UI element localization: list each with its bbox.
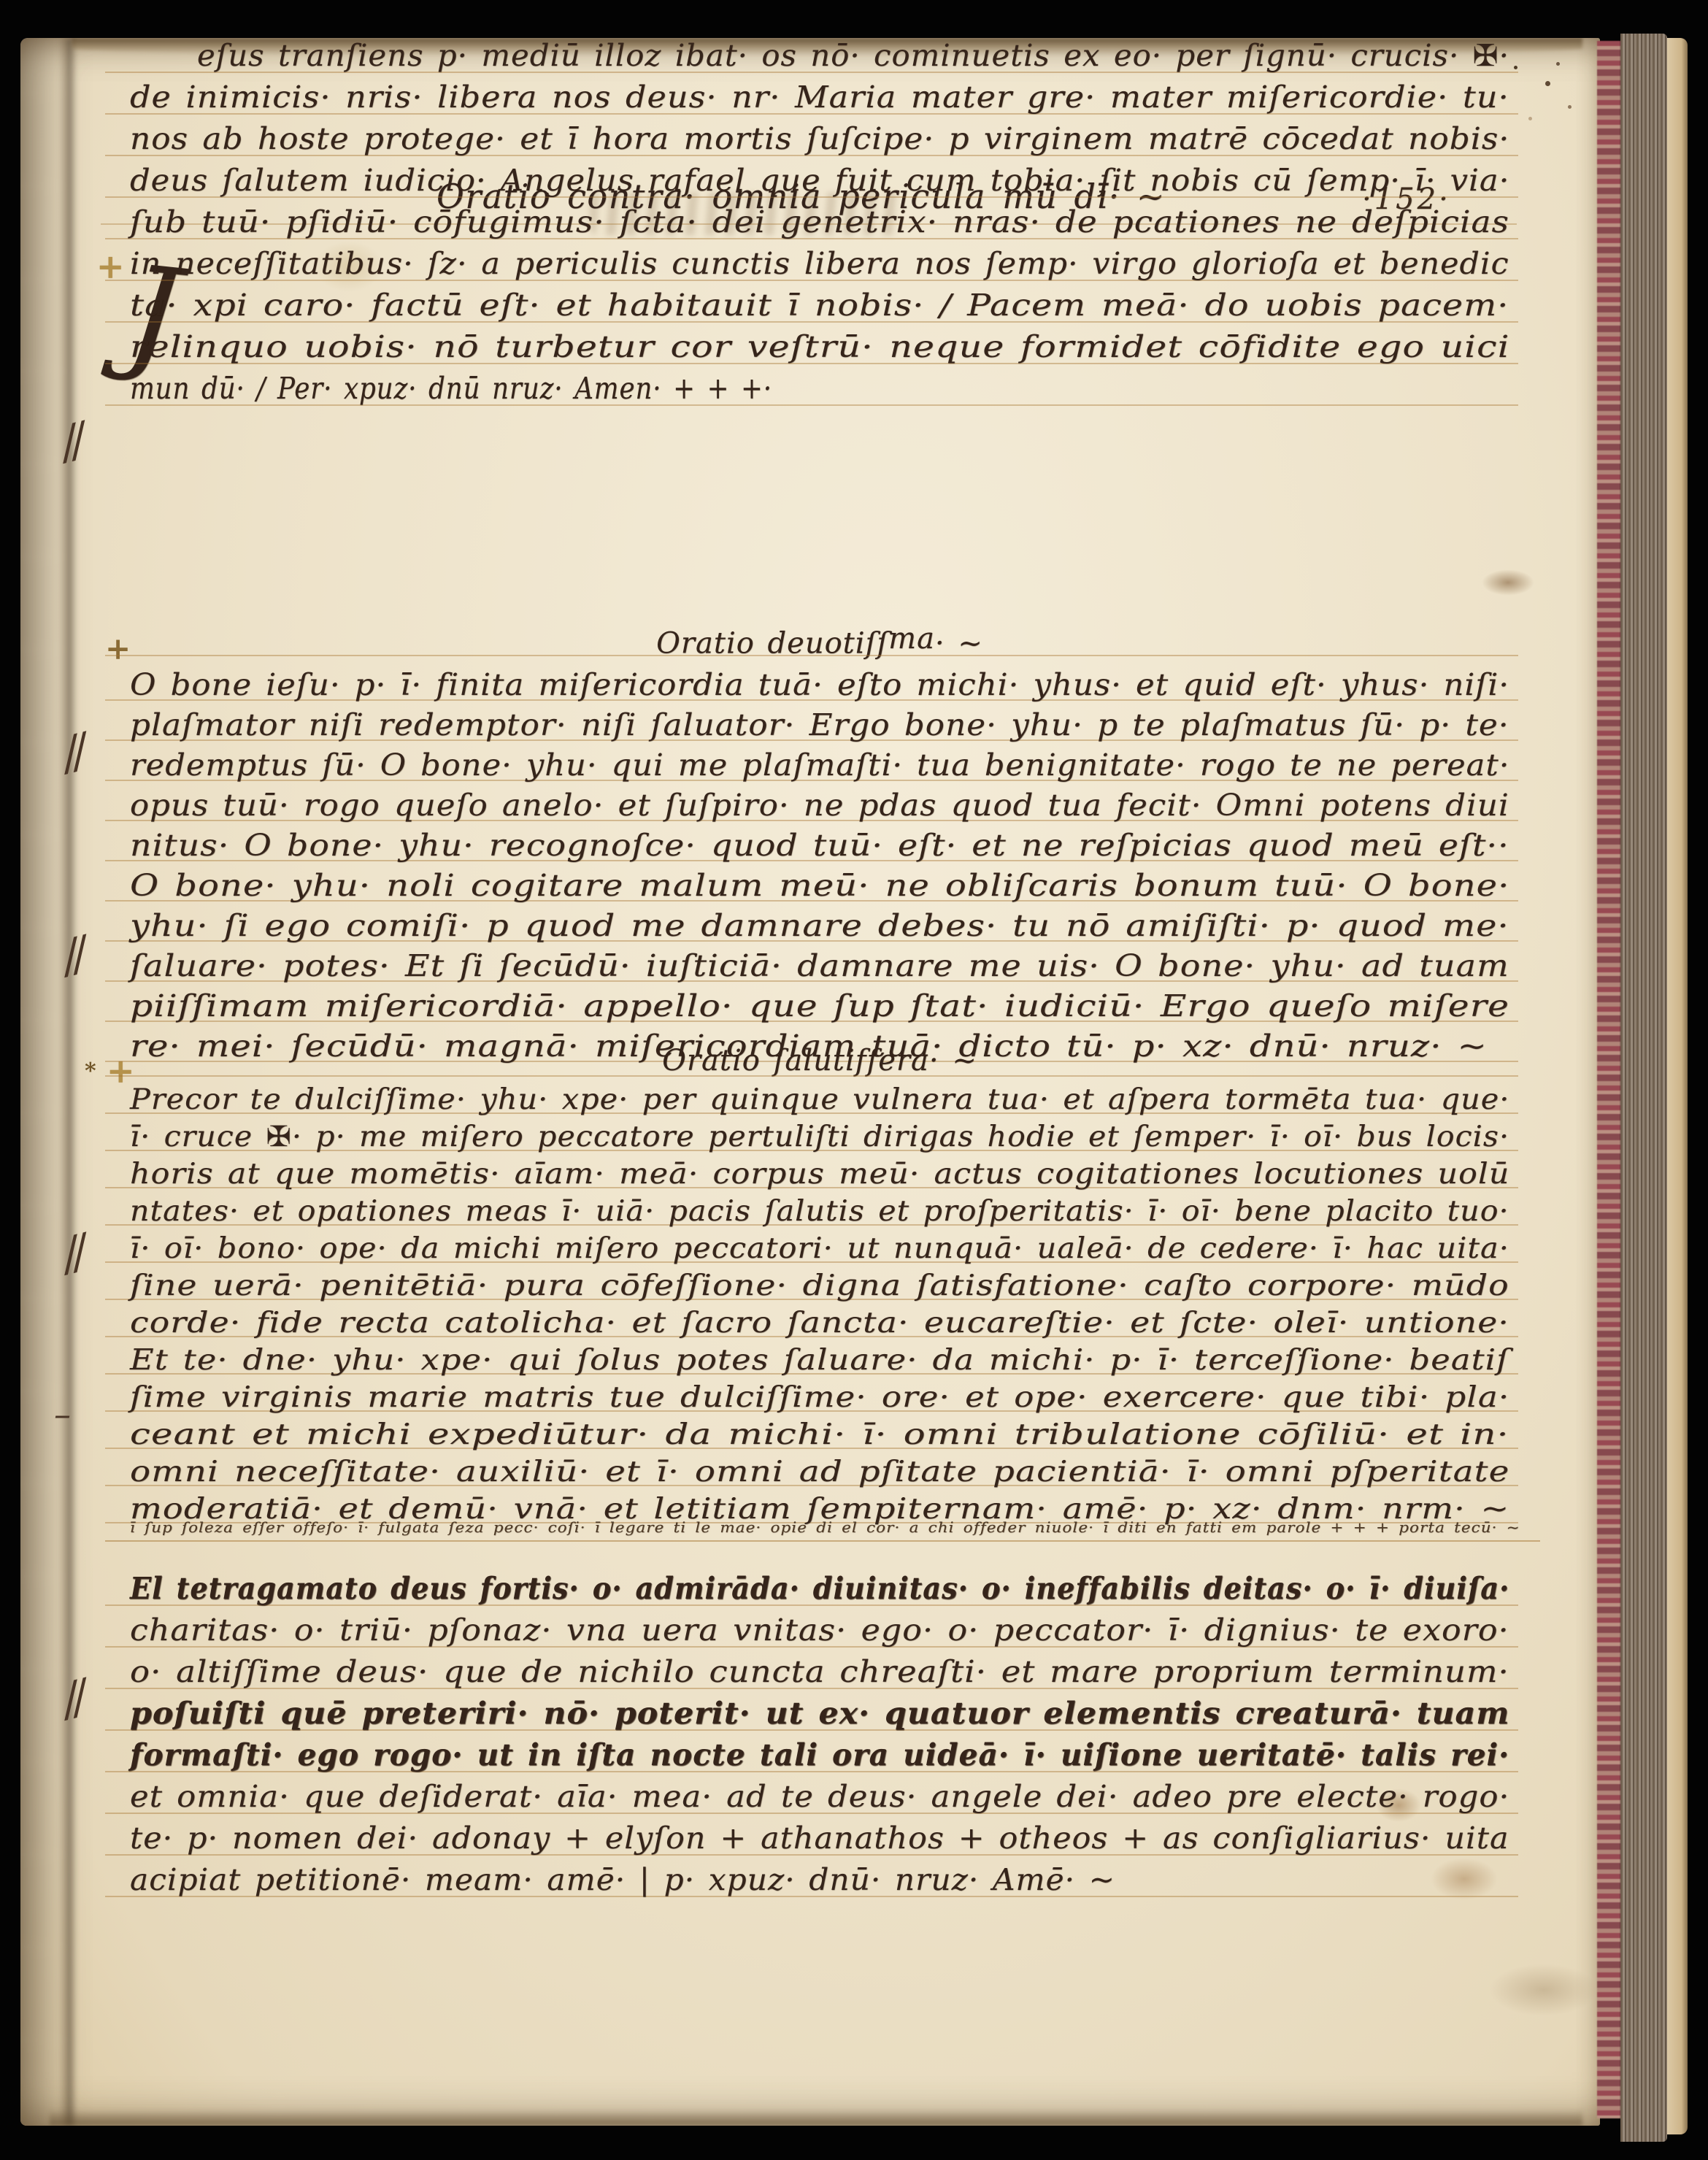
text-line: mun dū· / Per· xpuz· dnū nruz· Amen· + +… <box>130 371 1509 412</box>
manuscript-page: Oratio contra· omnia pericula mū dī· ~ ·… <box>20 38 1600 2126</box>
text-line: re· mei· ſecūdū· magnā· miſericordiam tu… <box>130 1029 1509 1069</box>
book: Oratio contra· omnia pericula mū dī· ~ ·… <box>20 34 1688 2142</box>
text-line: plaſmator niſi redemptor· niſi ſaluator·… <box>130 707 1509 747</box>
text-line: omni neceſſitate· auxiliū· et ī· omni ad… <box>130 1456 1509 1493</box>
ink-specks <box>1514 66 1517 69</box>
text-line: O bone· yhu· noli cogitare malum meū· ne… <box>130 868 1509 908</box>
text-line: horis at que momētis· aīam· meā· corpus … <box>130 1158 1509 1195</box>
text-line: deus ſalutem iudicio· Angelus rafael que… <box>130 163 1509 204</box>
underlying-page-edge <box>1667 38 1688 2134</box>
section-heading-devotissima: Oratio deuotiſſma· ~ <box>130 622 1509 663</box>
margin-star-icon: * <box>85 1058 96 1084</box>
prayer-oratio-contra-pericula: eſus tranſiens p· mediū illoz ibat· os n… <box>130 38 1509 412</box>
text-line: ſine uerā· penitētiā· pura cōfeſſione· d… <box>130 1269 1509 1307</box>
red-fore-edge <box>1597 41 1620 2118</box>
manuscript-photo: Oratio contra· omnia pericula mū dī· ~ ·… <box>0 0 1708 2160</box>
margin-cross-icon: + <box>105 631 131 666</box>
text-line: ta· xpi caro· factū eſt· et habitauit ī … <box>130 288 1509 329</box>
text-line: te· p· nomen dei· adonay + elyſon + atha… <box>130 1821 1509 1862</box>
text-line: nitus· O bone· yhu· recognoſce· quod tuū… <box>130 828 1509 868</box>
text-line: ī· oī· bono· ope· da michi miſero peccat… <box>130 1232 1509 1269</box>
text-line: piiſſimam miſericordiā· appello· que ſup… <box>130 988 1509 1029</box>
text-line: poſuiſti quē preteriri· nō· poterit· ut … <box>130 1696 1509 1737</box>
text-line: charitas· o· triū· pſonaz· vna uera vnit… <box>130 1613 1509 1654</box>
text-line: acipiat petitionē· meam· amē· | p· xpuz·… <box>130 1862 1509 1904</box>
text-line: nos ab hoste protege· et ī hora mortis ſ… <box>130 121 1509 163</box>
margin-dash-icon: – <box>54 1394 71 1434</box>
text-line: ſub tuū· pſidiū· cōfugimus· ſcta· dei ge… <box>130 204 1509 246</box>
text-line: formaſti· ego rogo· ut in iſta nocte tal… <box>130 1737 1509 1779</box>
prayer-el-tetragamato: El tetragamato deus fortis· o· admirāda·… <box>130 1571 1509 1904</box>
stain <box>1489 1964 1599 2016</box>
prayer-oratio-devotissima: O bone ieſu· p· ī· finita miſericordia t… <box>130 667 1509 1069</box>
text-line: de inimicis· nris· libera nos deus· nr· … <box>130 80 1509 121</box>
text-line: Et te· dne· yhu· xpe· qui ſolus potes ſa… <box>130 1344 1509 1381</box>
text-line: yhu· ſi ego comiſi· p quod me damnare de… <box>130 908 1509 948</box>
text-line: redemptus ſū· O bone· yhu· qui me plaſma… <box>130 747 1509 788</box>
text-line: relinquo uobis· nō turbetur cor veſtrū· … <box>130 329 1509 371</box>
text-line: ſime virginis marie matris tue dulciſſim… <box>130 1381 1509 1418</box>
text-line: eſus tranſiens p· mediū illoz ibat· os n… <box>130 38 1509 80</box>
stain <box>1482 569 1534 596</box>
text-line: et omnia· que deſiderat· aīa· mea· ad te… <box>130 1779 1509 1821</box>
text-line: o· altiſſime deus· que de nichilo cuncta… <box>130 1654 1509 1696</box>
text-line: ſaluare· potes· Et ſi ſecūdū· iuſticiā· … <box>130 948 1509 988</box>
text-line: corde· fide recta catolicha· et ſacro ſa… <box>130 1307 1509 1344</box>
text-line: El tetragamato deus fortis· o· admirāda·… <box>130 1571 1509 1613</box>
prayer-oratio-salutiffera: Precor te dulciſſime· yhu· xpe· per quin… <box>130 1083 1509 1530</box>
text-line: in neceſſitatibus· ſz· a periculis cunct… <box>130 246 1509 288</box>
text-line: opus tuū· rogo queſo anelo· et ſuſpiro· … <box>130 788 1509 828</box>
text-line: ntates· et opationes meas ī· uiā· pacis … <box>130 1195 1509 1232</box>
text-line: ī ſup ſoleza eſſer offeſo· ī· fulgata ſe… <box>130 1518 1531 1550</box>
page-bottom-edge <box>50 2110 1582 2126</box>
page-stack-edge <box>1620 34 1667 2142</box>
text-line: O bone ieſu· p· ī· finita miſericordia t… <box>130 667 1509 707</box>
section-heading: Oratio deuotiſſma· ~ <box>130 622 1509 663</box>
gutter-crease <box>58 38 77 2126</box>
text-line: ceant et michi expediūtur· da michi· ī· … <box>130 1418 1509 1456</box>
text-line: ī· cruce ✠· p· me miſero peccatore pertu… <box>130 1121 1509 1158</box>
marginal-addition: ī ſup ſoleza eſſer offeſo· ī· fulgata ſe… <box>130 1518 1531 1550</box>
text-line: Precor te dulciſſime· yhu· xpe· per quin… <box>130 1083 1509 1121</box>
